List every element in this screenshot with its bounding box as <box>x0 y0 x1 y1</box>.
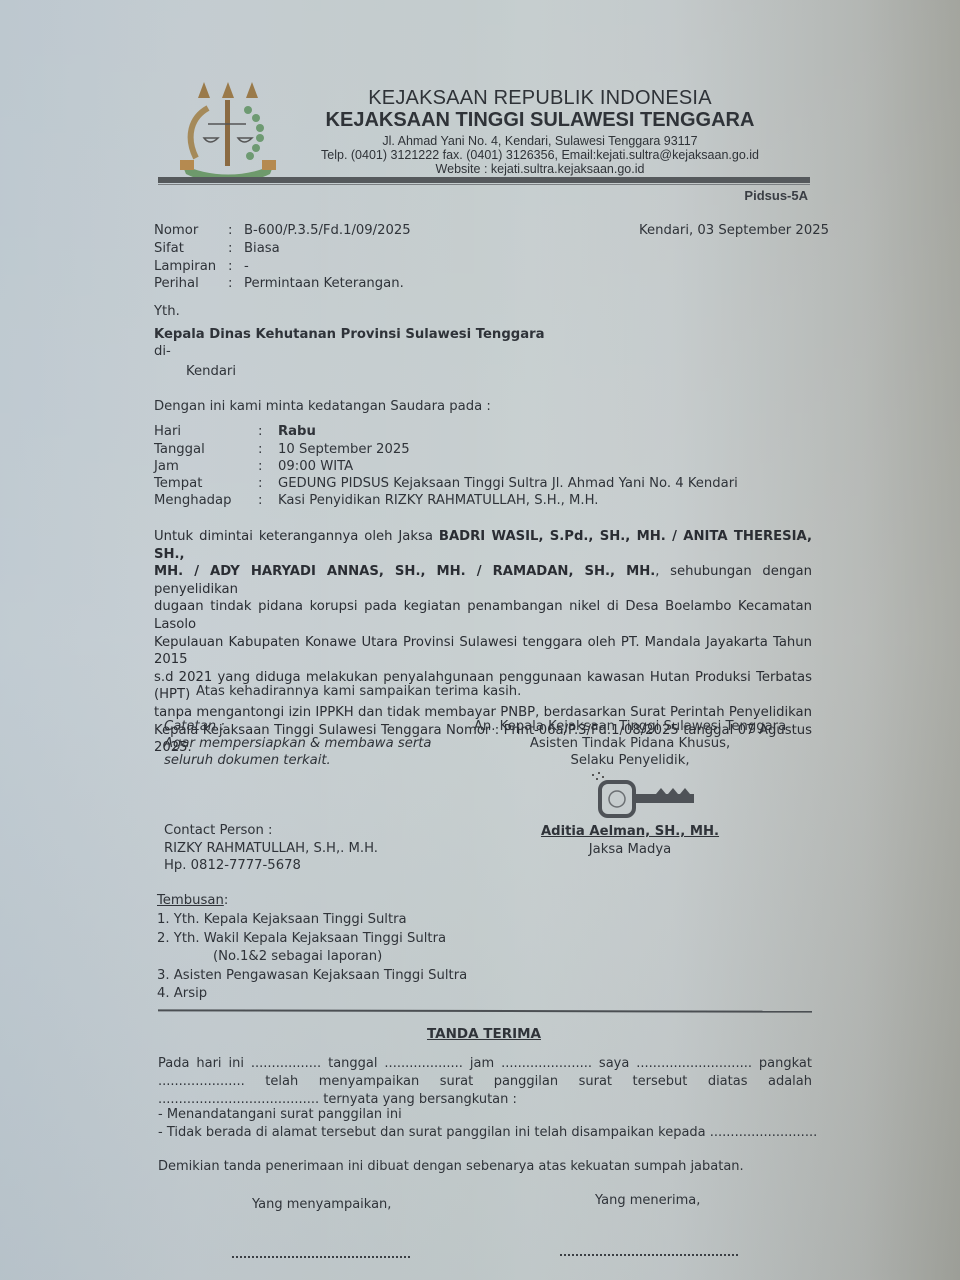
signer-rank: Jaksa Madya <box>470 841 790 859</box>
receipt-to-label: Yang menerima, <box>595 1192 700 1210</box>
receipt-from-label: Yang menyampaikan, <box>252 1196 391 1214</box>
addressee-city: Kendari <box>186 363 236 381</box>
place-date: Kendari, 03 September 2025 <box>639 222 829 240</box>
meta-perihal: Perihal:Permintaan Keterangan. <box>154 275 404 293</box>
receipt-from-signature-line <box>232 1256 410 1258</box>
copies-item: 3. Asisten Pengawasan Kejaksaan Tinggi S… <box>157 967 467 985</box>
note-line-1: Agar mempersiapkan & membawa serta <box>164 735 432 753</box>
letterhead-website: Website : kejati.sultra.kejaksaan.go.id <box>290 162 790 176</box>
letterhead-address: Jl. Ahmad Yani No. 4, Kendari, Sulawesi … <box>290 134 790 148</box>
copies-item: 4. Arsip <box>157 985 207 1003</box>
contact-person-name: RIZKY RAHMATULLAH, S.H,. M.H. <box>164 840 378 858</box>
section-divider <box>158 1009 812 1012</box>
kejaksaan-emblem-icon <box>178 78 278 186</box>
letter-page: KEJAKSAAN REPUBLIK INDONESIA KEJAKSAAN T… <box>0 0 960 1280</box>
note-line-2: seluruh dokumen terkait. <box>164 752 331 770</box>
copies-title: Tembusan : <box>157 892 228 910</box>
addressee: Kepala Dinas Kehutanan Provinsi Sulawesi… <box>154 326 545 344</box>
meta-lampiran: Lampiran:- <box>154 258 249 276</box>
letterhead-institution: KEJAKSAAN REPUBLIK INDONESIA <box>290 87 790 110</box>
schedule-tanggal: Tanggal:10 September 2025 <box>154 441 410 459</box>
letterhead-contact: Telp. (0401) 3121222 fax. (0401) 3126356… <box>290 148 790 162</box>
note-title: Catatan : <box>164 718 225 736</box>
copies-item: 1. Yth. Kepala Kejaksaan Tinggi Sultra <box>157 911 407 929</box>
contact-person-phone: Hp. 0812-7777-5678 <box>164 857 301 875</box>
letterhead-rule-thin <box>158 184 810 185</box>
meta-sifat: Sifat:Biasa <box>154 240 280 258</box>
addressee-di: di- <box>154 343 171 361</box>
copies-item: 2. Yth. Wakil Kepala Kejaksaan Tinggi Su… <box>157 930 446 948</box>
schedule-hari: Hari:Rabu <box>154 423 316 441</box>
letterhead-rule <box>158 177 810 183</box>
schedule-tempat: Tempat:GEDUNG PIDSUS Kejaksaan Tinggi Su… <box>154 475 738 493</box>
receipt-option-signed: - Menandatangani surat panggilan ini <box>158 1106 402 1124</box>
schedule-menghadap: Menghadap:Kasi Penyidikan RIZKY RAHMATUL… <box>154 492 598 510</box>
salutation: Yth. <box>154 303 180 321</box>
digital-signature-key-icon <box>590 770 715 820</box>
prosecutor-names-cont: MH. / ADY HARYADI ANNAS, SH., MH. / RAMA… <box>154 564 655 579</box>
meta-nomor: Nomor:B-600/P.3.5/Fd.1/09/2025 <box>154 222 411 240</box>
receipt-line-1: Pada hari ini ................. tanggal … <box>158 1055 812 1073</box>
receipt-to-signature-line <box>560 1254 738 1256</box>
thanks: Atas kehadirannya kami sampaikan terima … <box>196 683 521 701</box>
receipt-line-2: ..................... telah menyampaikan… <box>158 1073 812 1091</box>
receipt-title: TANDA TERIMA <box>158 1026 810 1044</box>
signer-name: Aditia Aelman, SH., MH. <box>470 823 790 841</box>
schedule-jam: Jam:09:00 WITA <box>154 458 353 476</box>
sign-role: Selaku Penyelidik, <box>470 752 790 770</box>
receipt-closing: Demikian tanda penerimaan ini dibuat den… <box>158 1158 744 1176</box>
summons-intro: Dengan ini kami minta kedatangan Saudara… <box>154 398 491 416</box>
sign-position: Asisten Tindak Pidana Khusus, <box>470 735 790 753</box>
contact-person-title: Contact Person : <box>164 822 272 840</box>
sign-on-behalf: An. Kepala Kejaksaan Tinggi Sulawesi Ten… <box>470 718 790 736</box>
copies-item-note: (No.1&2 sebagai laporan) <box>213 948 382 966</box>
receipt-option-absent: - Tidak berada di alamat tersebut dan su… <box>158 1124 817 1142</box>
letterhead-office: KEJAKSAAN TINGGI SULAWESI TENGGARA <box>290 109 790 132</box>
form-code: Pidsus-5A <box>700 188 808 203</box>
